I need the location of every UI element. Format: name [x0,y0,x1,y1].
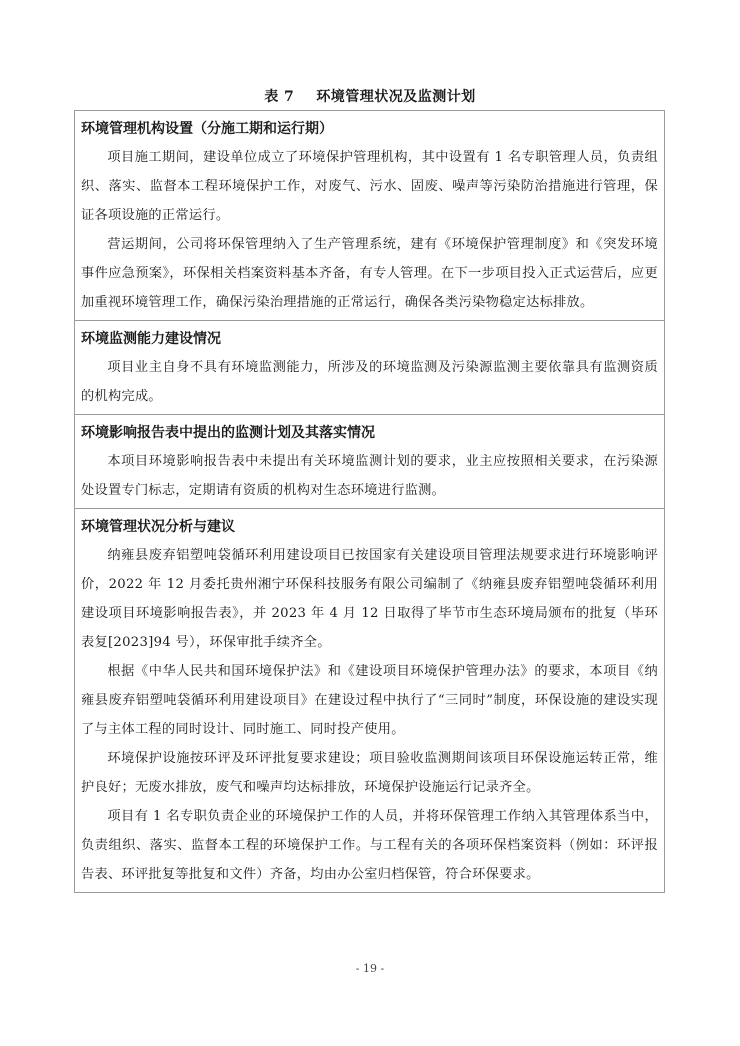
paragraph: 环境保护设施按环评及环评批复要求建设；项目验收监测期间该项目环保设施运转正常，维… [81,744,658,802]
section-heading: 环境管理状况分析与建议 [81,513,658,541]
paragraph: 纳雍县废弃铝塑吨袋循环利用建设项目已按国家有关建设项目管理法规要求进行环境影响评… [81,541,658,657]
paragraph: 项目施工期间，建设单位成立了环境保护管理机构，其中设置有 1 名专职管理人员，负… [81,143,658,230]
paragraph: 根据《中华人民共和国环境保护法》和《建设项目环境保护管理办法》的要求，本项目《纳… [81,657,658,744]
section-monitoring-plan: 环境影响报告表中提出的监测计划及其落实情况 本项目环境影响报告表中未提出有关环境… [75,414,664,508]
table-number: 表 7 [264,89,294,105]
table-caption: 表 7环境管理状况及监测计划 [0,86,740,106]
section-heading: 环境管理机构设置（分施工期和运行期） [81,115,658,143]
section-heading: 环境影响报告表中提出的监测计划及其落实情况 [81,419,658,447]
page-number: - 19 - [0,962,740,975]
paragraph: 营运期间，公司将环保管理纳入了生产管理系统，建有《环境保护管理制度》和《突发环境… [81,230,658,317]
paragraph: 项目业主自身不具有环境监测能力，所涉及的环境监测及污染源监测主要依靠具有监测资质… [81,353,658,411]
section-analysis-suggestions: 环境管理状况分析与建议 纳雍县废弃铝塑吨袋循环利用建设项目已按国家有关建设项目管… [75,508,664,892]
section-heading: 环境监测能力建设情况 [81,325,658,353]
section-monitoring-capability: 环境监测能力建设情况 项目业主自身不具有环境监测能力，所涉及的环境监测及污染源监… [75,320,664,414]
table-title: 环境管理状况及监测计划 [316,89,476,105]
section-management-organization: 环境管理机构设置（分施工期和运行期） 项目施工期间，建设单位成立了环境保护管理机… [75,111,664,320]
paragraph: 项目有 1 名专职负责企业的环境保护工作的人员，并将环保管理工作纳入其管理体系当… [81,802,658,889]
paragraph: 本项目环境影响报告表中未提出有关环境监测计划的要求，业主应按照相关要求，在污染源… [81,447,658,505]
management-table: 环境管理机构设置（分施工期和运行期） 项目施工期间，建设单位成立了环境保护管理机… [74,110,665,893]
